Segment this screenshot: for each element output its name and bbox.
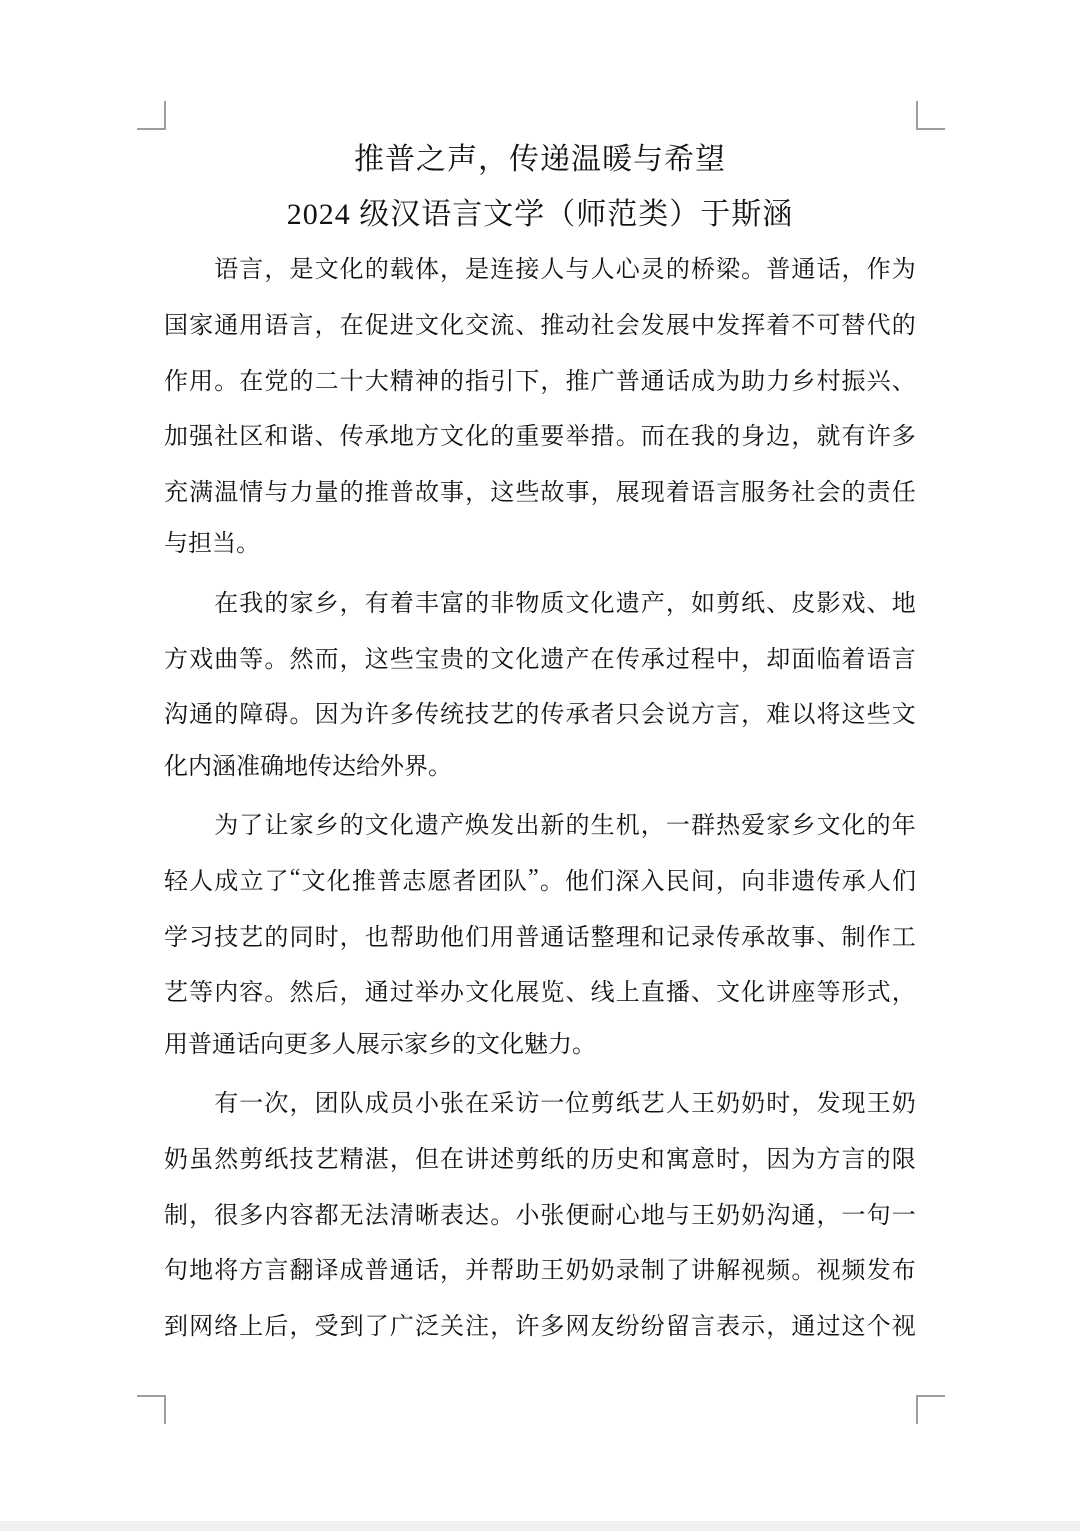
body-line: 到网络上后，受到了广泛关注，许多网友纷纷留言表示，通过这个视 <box>164 1295 916 1351</box>
body-line: 句地将方言翻译成普通话，并帮助王奶奶录制了讲解视频。视频发布 <box>164 1240 916 1296</box>
margin-mark-bottom-right <box>916 1395 945 1424</box>
body-line: 制，很多内容都无法清晰表达。小张便耐心地与王奶奶沟通，一句一 <box>164 1184 916 1240</box>
body-line: 轻人成立了“文化推普志愿者团队”。他们深入民间，向非遗传承人们 <box>164 851 916 907</box>
margin-mark-top-left <box>137 101 166 130</box>
document-page: 推普之声，传递温暖与希望 2024 级汉语言文学（师范类）于斯涵 语言，是文化的… <box>0 0 1080 1531</box>
bottom-strip <box>0 1521 1080 1531</box>
body-line: 加强社区和谐、传承地方文化的重要举措。而在我的身边，就有许多 <box>164 406 916 462</box>
body-line: 奶虽然剪纸技艺精湛，但在讲述剪纸的历史和寓意时，因为方言的限 <box>164 1129 916 1185</box>
body-line: 充满温情与力量的推普故事，这些故事，展现着语言服务社会的责任 <box>164 462 916 518</box>
margin-mark-bottom-left <box>137 1395 166 1424</box>
body-line: 学习技艺的同时，也帮助他们用普通话整理和记录传承故事、制作工 <box>164 906 916 962</box>
essay-byline: 2024 级汉语言文学（师范类）于斯涵 <box>164 184 916 240</box>
body-line: 与担当。 <box>164 517 916 573</box>
body-line: 艺等内容。然后，通过举办文化展览、线上直播、文化讲座等形式， <box>164 962 916 1018</box>
body-line: 用普通话向更多人展示家乡的文化魅力。 <box>164 1018 916 1074</box>
body-line: 有一次，团队成员小张在采访一位剪纸艺人王奶奶时，发现王奶 <box>164 1073 916 1129</box>
body-line: 在我的家乡，有着丰富的非物质文化遗产，如剪纸、皮影戏、地 <box>164 573 916 629</box>
body-line: 作用。在党的二十大精神的指引下，推广普通话成为助力乡村振兴、 <box>164 350 916 406</box>
body-line: 语言，是文化的载体，是连接人与人心灵的桥梁。普通话，作为 <box>164 239 916 295</box>
body-line: 沟通的障碍。因为许多传统技艺的传承者只会说方言，难以将这些文 <box>164 684 916 740</box>
body-line: 国家通用语言，在促进文化交流、推动社会发展中发挥着不可替代的 <box>164 295 916 351</box>
body-line: 方戏曲等。然而，这些宝贵的文化遗产在传承过程中，却面临着语言 <box>164 628 916 684</box>
body-line: 为了让家乡的文化遗产焕发出新的生机，一群热爱家乡文化的年 <box>164 795 916 851</box>
body-line: 化内涵准确地传达给外界。 <box>164 740 916 796</box>
margin-mark-top-right <box>916 101 945 130</box>
essay-title: 推普之声，传递温暖与希望 <box>164 128 916 184</box>
document-text-area[interactable]: 推普之声，传递温暖与希望 2024 级汉语言文学（师范类）于斯涵 语言，是文化的… <box>164 128 916 1351</box>
